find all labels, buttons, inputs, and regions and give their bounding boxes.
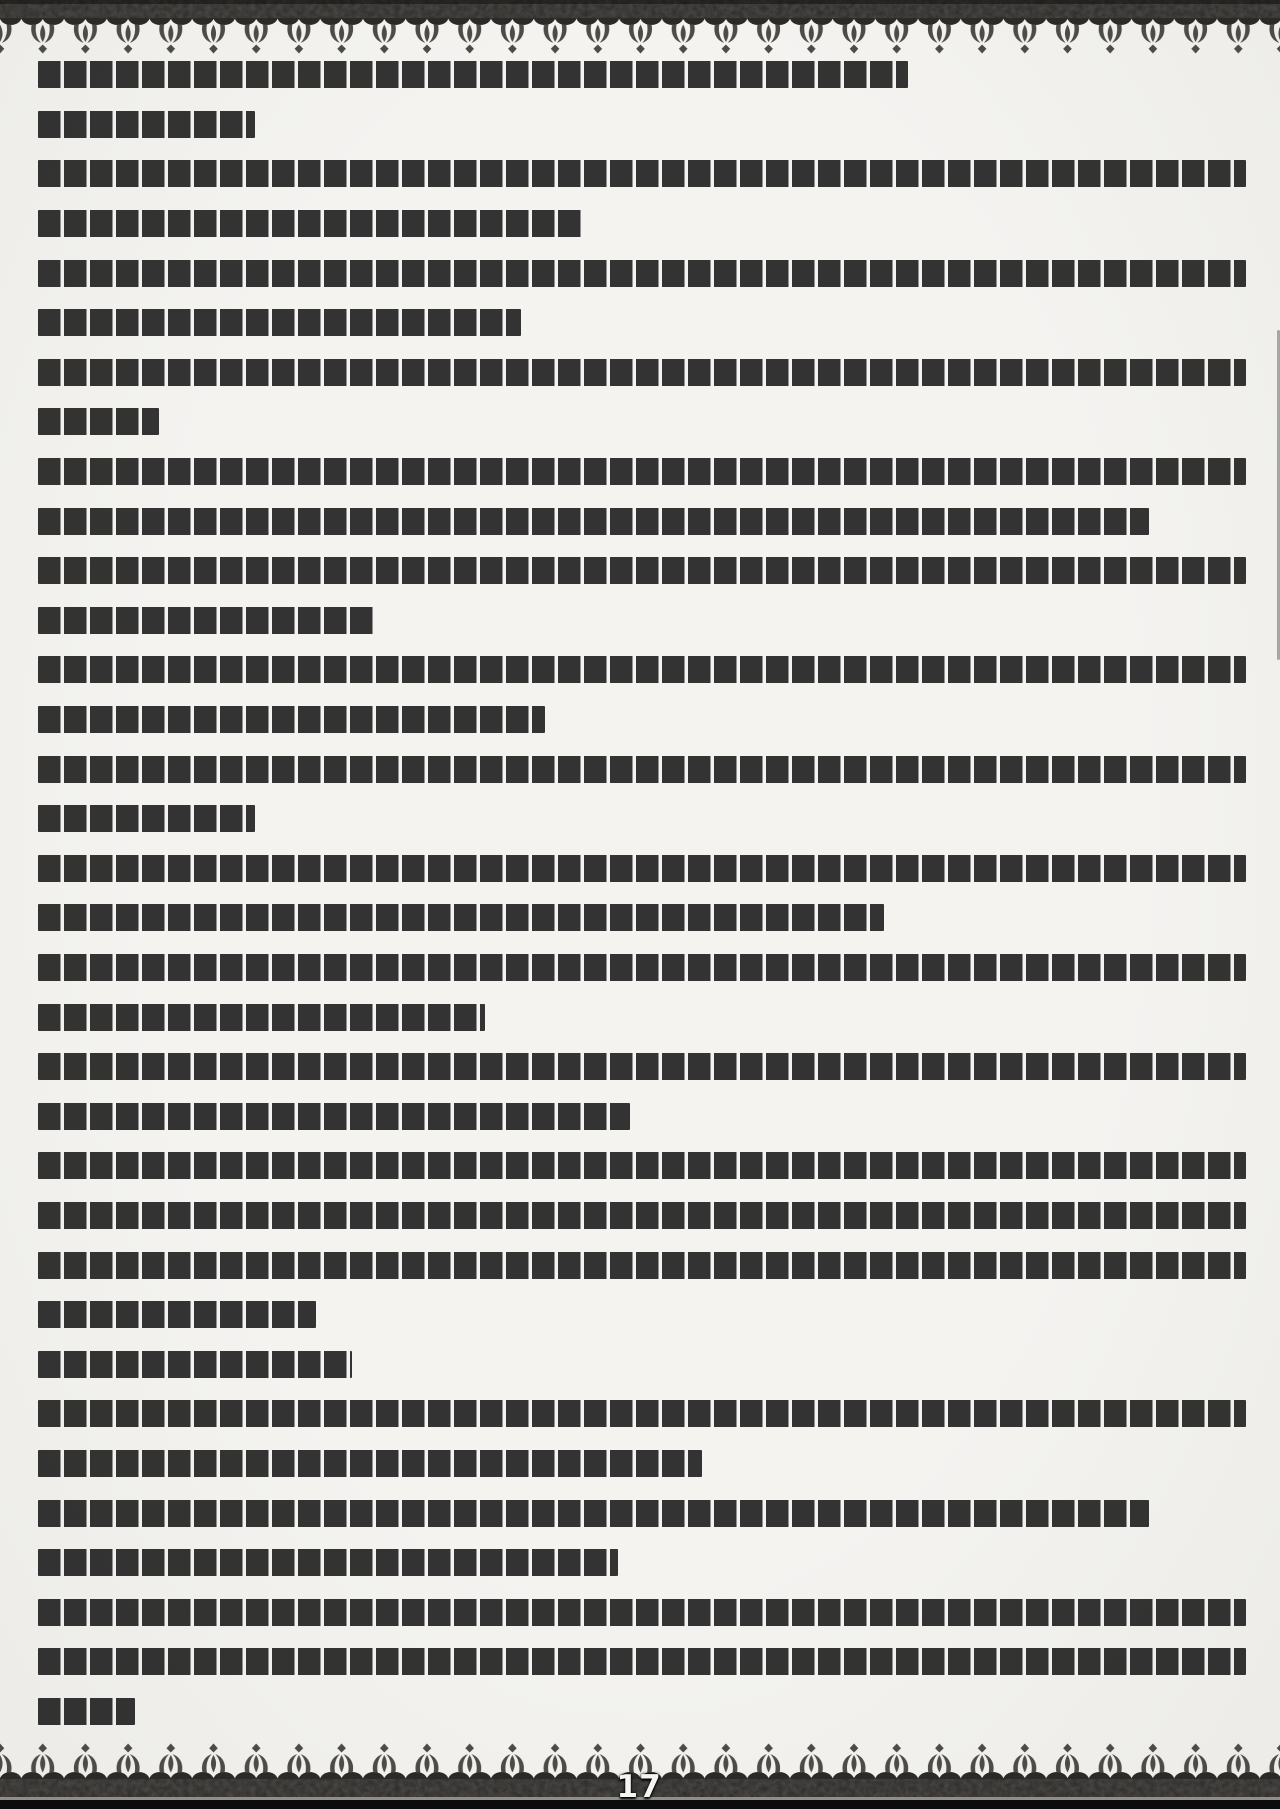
redacted-text — [38, 160, 1246, 187]
redacted-text — [38, 805, 255, 832]
redacted-text — [38, 954, 1246, 981]
redacted-text — [38, 111, 255, 138]
redacted-text-line — [38, 1439, 1246, 1489]
redacted-text-line — [38, 1141, 1246, 1191]
redacted-text-line — [38, 1191, 1246, 1241]
redacted-text — [38, 210, 582, 237]
redacted-text-line — [38, 348, 1246, 398]
redacted-text — [38, 1549, 618, 1576]
redacted-text — [38, 1400, 1246, 1427]
scanned-page: 17 — [0, 0, 1280, 1809]
redacted-text — [38, 1103, 630, 1130]
redacted-text-line — [38, 1339, 1246, 1389]
redacted-text — [38, 756, 1246, 783]
redacted-text — [38, 408, 159, 435]
redacted-text — [38, 458, 1246, 485]
redacted-text — [38, 260, 1246, 287]
redacted-text-line — [38, 893, 1246, 943]
redacted-text-line — [38, 1538, 1246, 1588]
redacted-text-line — [38, 149, 1246, 199]
redacted-text — [38, 855, 1246, 882]
redacted-text-line — [38, 397, 1246, 447]
redacted-text-line — [38, 1488, 1246, 1538]
redacted-text-line — [38, 1587, 1246, 1637]
redacted-text-line — [38, 992, 1246, 1042]
redacted-text — [38, 309, 521, 336]
redacted-text — [38, 1252, 1246, 1279]
redacted-text-line — [38, 695, 1246, 745]
redacted-text — [38, 656, 1246, 683]
redacted-text — [38, 1053, 1246, 1080]
redacted-text-line — [38, 1687, 1246, 1737]
redacted-text — [38, 1500, 1149, 1527]
redacted-text — [38, 1202, 1246, 1229]
redacted-text-line — [38, 645, 1246, 695]
redacted-text — [38, 1301, 316, 1328]
redacted-text — [38, 61, 908, 88]
redacted-text-line — [38, 298, 1246, 348]
redacted-text — [38, 904, 884, 931]
top-ornamental-border — [0, 0, 1280, 56]
redacted-text-line — [38, 744, 1246, 794]
redacted-text-line — [38, 794, 1246, 844]
redacted-text-line — [38, 199, 1246, 249]
redacted-text-line — [38, 248, 1246, 298]
redacted-text-line — [38, 100, 1246, 150]
redacted-text-line — [38, 943, 1246, 993]
redacted-text — [38, 1450, 702, 1477]
redacted-text — [38, 1599, 1246, 1626]
redacted-text-line — [38, 1290, 1246, 1340]
redacted-text — [38, 1004, 485, 1031]
redacted-text-line — [38, 50, 1246, 100]
redacted-text-line — [38, 1240, 1246, 1290]
redacted-text-line — [38, 596, 1246, 646]
redacted-text-line — [38, 447, 1246, 497]
redacted-text — [38, 706, 545, 733]
redacted-text — [38, 359, 1246, 386]
redacted-text — [38, 1648, 1246, 1675]
redacted-text — [38, 557, 1246, 584]
redacted-text — [38, 1698, 135, 1725]
redacted-text-line — [38, 1042, 1246, 1092]
page-number: 17 — [617, 1769, 662, 1805]
redacted-text — [38, 1152, 1246, 1179]
redacted-text — [38, 1351, 352, 1378]
redacted-text-line — [38, 1091, 1246, 1141]
redacted-text-line — [38, 546, 1246, 596]
redacted-text-line — [38, 844, 1246, 894]
redacted-text — [38, 607, 376, 634]
page-text — [38, 50, 1246, 1736]
redacted-text-line — [38, 1637, 1246, 1687]
redacted-text-line — [38, 1389, 1246, 1439]
redacted-text-line — [38, 496, 1246, 546]
redacted-text — [38, 508, 1149, 535]
